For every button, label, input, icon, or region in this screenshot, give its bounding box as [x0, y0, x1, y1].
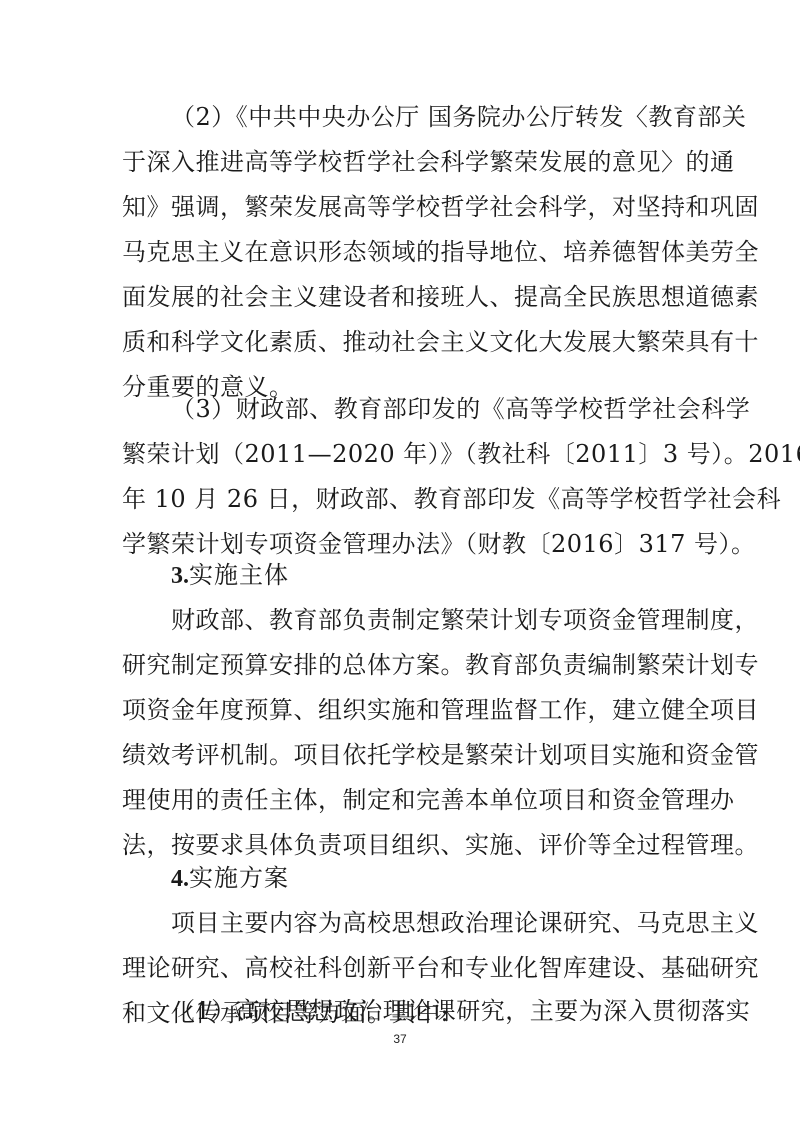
paragraph-line: 绩效考评机制。项目依托学校是繁荣计划项目实施和资金管 [122, 735, 682, 775]
paragraph-line: 年 10 月 26 日，财政部、教育部印发《高等学校哲学社会科 [122, 479, 682, 519]
paragraph-line: 理使用的责任主体，制定和完善本单位项目和资金管理办 [122, 780, 682, 820]
paragraph-line: 财政部、教育部负责制定繁荣计划专项资金管理制度， [171, 600, 682, 640]
document-page: （2）《中共中央办公厅 国务院办公厅转发〈教育部关 于深入推进高等学校哲学社会科… [0, 0, 800, 1131]
section-heading-text: 实施主体 [189, 561, 289, 589]
paragraph-line: 面发展的社会主义建设者和接班人、提高全民族思想道德素 [122, 277, 682, 317]
paragraph-line: （3）财政部、教育部印发的《高等学校哲学社会科学 [171, 389, 682, 429]
paragraph-line: 项资金年度预算、组织实施和管理监督工作，建立健全项目 [122, 690, 682, 730]
paragraph-line: 质和科学文化素质、推动社会主义文化大发展大繁荣具有十 [122, 322, 682, 362]
paragraph-line: 繁荣计划（2011—2020 年）》（教社科〔2011〕3 号）。2016 [122, 434, 682, 474]
section-heading-number: 3. [171, 563, 189, 589]
section-heading-text: 实施方案 [189, 864, 289, 892]
section-heading-number: 4. [171, 866, 189, 892]
section-heading: 3.实施主体 [171, 555, 289, 595]
section-heading: 4.实施方案 [171, 858, 289, 898]
paragraph-line: 理论研究、高校社科创新平台和专业化智库建设、基础研究 [122, 948, 682, 988]
paragraph-line: 知》强调，繁荣发展高等学校哲学社会科学，对坚持和巩固 [122, 187, 682, 227]
page-number: 37 [0, 1032, 800, 1046]
paragraph-line: 于深入推进高等学校哲学社会科学繁荣发展的意见〉的通 [122, 142, 682, 182]
paragraph-line: （2）《中共中央办公厅 国务院办公厅转发〈教育部关 [171, 97, 682, 137]
paragraph-line: 马克思主义在意识形态领域的指导地位、培养德智体美劳全 [122, 232, 682, 272]
paragraph-line: 研究制定预算安排的总体方案。教育部负责编制繁荣计划专 [122, 645, 682, 685]
paragraph-line: （1）高校思想政治理论课研究，主要为深入贯彻落实 [171, 991, 682, 1031]
paragraph-line: 项目主要内容为高校思想政治理论课研究、马克思主义 [171, 903, 682, 943]
